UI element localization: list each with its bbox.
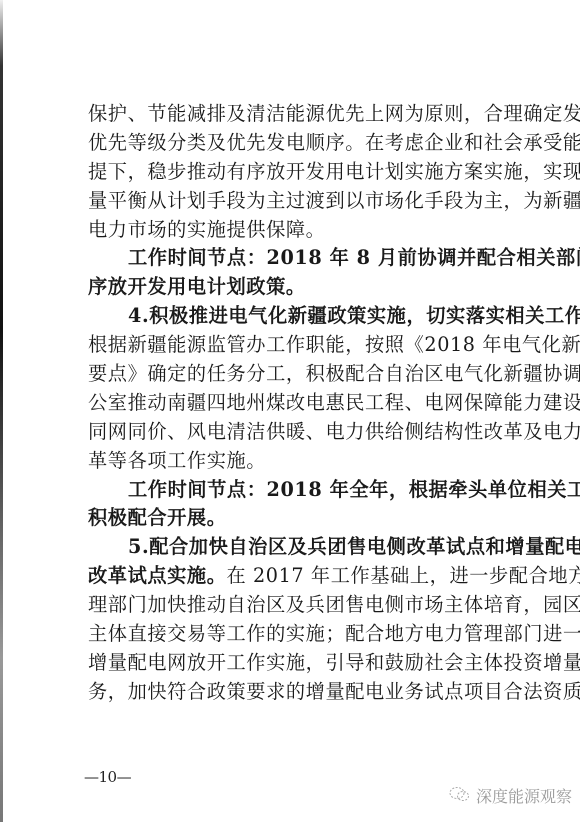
text-line: 根据新疆能源监管办工作职能，按照《2018 年电气化新疆工作 bbox=[88, 331, 524, 360]
watermark: 深度能源观察 bbox=[448, 784, 572, 807]
text-continuation: 在 2017 年工作基础上，进一步配合地方电力管 bbox=[227, 564, 580, 587]
section-heading-5: 5.配合加快自治区及兵团售电侧改革试点和增量配电业务 bbox=[88, 533, 524, 562]
text-line: 提下，稳步推动有序放开发用电计划实施方案实施，实现电力电 bbox=[88, 158, 524, 187]
text-line-mixed: 改革试点实施。在 2017 年工作基础上，进一步配合地方电力管 bbox=[88, 562, 524, 591]
text-line: 增量配电网放开工作实施，引导和鼓励社会主体投资增量配电业 bbox=[88, 649, 524, 678]
text-line: 主体直接交易等工作的实施；配合地方电力管理部门进一步规范 bbox=[88, 620, 524, 649]
text-line: 理部门加快推动自治区及兵团售电侧市场主体培育，园区型售电 bbox=[88, 591, 524, 620]
section-heading-4: 4.积极推进电气化新疆政策实施，切实落实相关工作任务。 bbox=[88, 302, 524, 331]
text-line: 电力市场的实施提供保障。 bbox=[88, 216, 524, 245]
text-line: 务，加快符合政策要求的增量配电业务试点项目合法资质核发工 bbox=[88, 678, 524, 707]
deadline-line: 工作时间节点：2018 年全年，根据牵头单位相关工作要求， bbox=[88, 476, 524, 505]
deadline-line: 序放开发用电计划政策。 bbox=[88, 273, 524, 302]
deadline-line: 工作时间节点：2018 年 8 月前协调并配合相关部门制定有 bbox=[88, 244, 524, 273]
scan-edge bbox=[0, 0, 3, 822]
text-line: 保护、节能减排及清洁能源优先上网为原则，合理确定发电机组 bbox=[88, 100, 524, 129]
text-line: 革等各项工作实施。 bbox=[88, 447, 524, 476]
text-line: 优先等级分类及优先发电顺序。在考虑企业和社会承受能力的前 bbox=[88, 129, 524, 158]
watermark-text: 深度能源观察 bbox=[476, 784, 572, 807]
page-number: —10— bbox=[84, 768, 131, 786]
text-line: 同网同价、风电清洁供暖、电力供给侧结构性改革及电力体制改 bbox=[88, 418, 524, 447]
section-heading-5-tail: 改革试点实施。 bbox=[88, 564, 227, 587]
text-line: 量平衡从计划手段为主过渡到以市场化手段为主，为新疆中长期 bbox=[88, 187, 524, 216]
document-body: 保护、节能减排及清洁能源优先上网为原则，合理确定发电机组 优先等级分类及优先发电… bbox=[88, 100, 524, 707]
deadline-line: 积极配合开展。 bbox=[88, 504, 524, 533]
text-line: 公室推动南疆四地州煤改电惠民工程、电网保障能力建设、全疆 bbox=[88, 389, 524, 418]
text-line: 要点》确定的任务分工，积极配合自治区电气化新疆协调推进办 bbox=[88, 360, 524, 389]
wechat-icon bbox=[448, 786, 470, 806]
